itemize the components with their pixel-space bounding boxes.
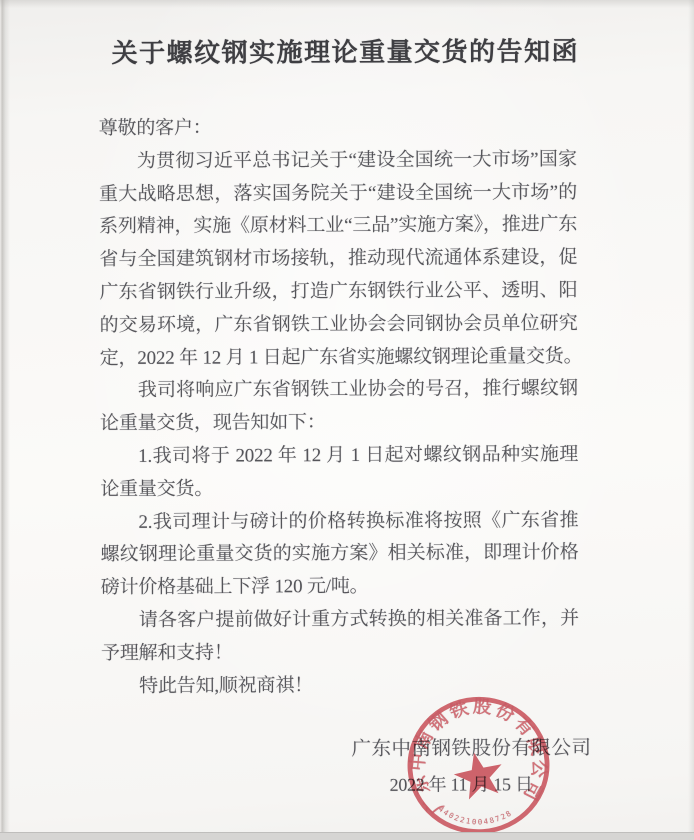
body-line: 予理解和支持！ <box>101 636 579 671</box>
seal-serial-number: 4402210048728 <box>436 799 515 829</box>
seal-border <box>405 694 552 836</box>
letter-content: 关于螺纹钢实施理论重量交货的告知函 尊敬的客户： 为贯彻习近平总书记关于“建设全… <box>0 0 694 840</box>
letter-photo: 关于螺纹钢实施理论重量交货的告知函 尊敬的客户： 为贯彻习近平总书记关于“建设全… <box>0 0 694 840</box>
body-line: 系列精神，实施《原材料工业“三品”实施方案》，推进广东 <box>99 209 577 244</box>
body-paragraphs: 为贯彻习近平总书记关于“建设全国统一大市场”国家重大战略思想，落实国务院关于“建… <box>99 144 579 704</box>
body-line: 广东省钢铁行业升级，打造广东钢铁行业公平、透明、阳光 <box>99 275 577 310</box>
signature-company: 广东中南钢铁股份有限公司 <box>351 732 591 761</box>
company-seal: 广东中南钢铁股份有限公司 4402210048728 <box>398 688 558 840</box>
body-line: 磅计价格基础上下浮 120 元/吨。 <box>101 570 579 605</box>
body-line: 论重量交货，现告知如下： <box>100 406 578 441</box>
body-line: 请各客户提前做好计重方式转换的相关准备工作，并给 <box>101 603 579 638</box>
salutation: 尊敬的客户： <box>99 111 577 146</box>
letter-body: 尊敬的客户： 为贯彻习近平总书记关于“建设全国统一大市场”国家重大战略思想，落实… <box>99 111 580 703</box>
body-line: 螺纹钢理论重量交货的实施方案》相关标准，即理计价格在 <box>101 537 579 572</box>
body-line: 的交易环境，广东省钢铁工业协会会同钢协会员单位研究决 <box>100 308 578 343</box>
body-line: 1.我司将于 2022 年 12 月 1 日起对螺纹钢品种实施理 <box>100 439 578 474</box>
body-line: 为贯彻习近平总书记关于“建设全国统一大市场”国家 <box>99 144 577 179</box>
body-line: 重大战略思想，落实国务院关于“建设全国统一大市场”的 <box>99 177 577 212</box>
body-line: 2.我司理计与磅计的价格转换标准将按照《广东省推行 <box>100 505 578 540</box>
body-line: 我司将响应广东省钢铁工业协会的号召，推行螺纹钢理 <box>100 373 578 408</box>
body-line: 论重量交货。 <box>100 472 578 507</box>
body-line: 定，2022 年 12 月 1 日起广东省实施螺纹钢理论重量交货。 <box>100 341 578 376</box>
signature-date: 2022 年 11 月 15 日 <box>390 770 533 797</box>
body-line: 特此告知,顺祝商祺！ <box>101 669 579 704</box>
letter-title: 关于螺纹钢实施理论重量交货的告知函 <box>0 30 692 70</box>
svg-text:4402210048728: 4402210048728 <box>436 799 515 829</box>
body-line: 省与全国建筑钢材市场接轨，推动现代流通体系建设，促进 <box>99 242 577 277</box>
